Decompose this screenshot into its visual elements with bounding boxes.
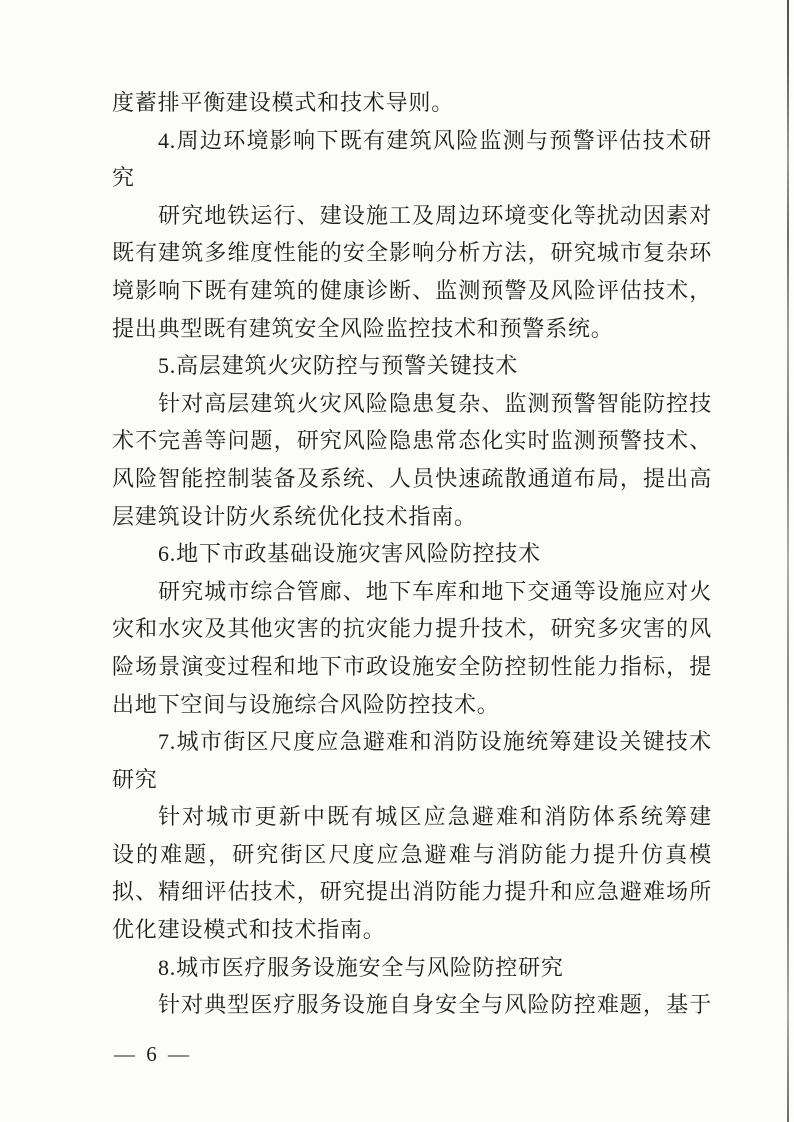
text-line: 层建筑设计防火系统优化技术指南。 xyxy=(112,498,712,536)
text-line: 8.城市医疗服务设施安全与风险防控研究 xyxy=(112,949,712,987)
text-line: 风险智能控制装备及系统、人员快速疏散通道布局，提出高 xyxy=(112,460,712,498)
text-line: 术不完善等问题，研究风险隐患常态化实时监测预警技术、 xyxy=(112,422,712,460)
text-line: 出地下空间与设施综合风险防控技术。 xyxy=(112,686,712,724)
text-line: 既有建筑多维度性能的安全影响分析方法，研究城市复杂环 xyxy=(112,234,712,272)
text-line: 针对典型医疗服务设施自身安全与风险防控难题，基于 xyxy=(112,986,712,1024)
text-line: 6.地下市政基础设施灾害风险防控技术 xyxy=(112,535,712,573)
text-line: 研究地铁运行、建设施工及周边环境变化等扰动因素对 xyxy=(112,197,712,235)
text-line: 灾和水灾及其他灾害的抗灾能力提升技术，研究多灾害的风 xyxy=(112,610,712,648)
text-line: 4.周边环境影响下既有建筑风险监测与预警评估技术研 xyxy=(112,122,712,160)
text-line: 优化建设模式和技术指南。 xyxy=(112,911,712,949)
text-line: 设的难题，研究街区尺度应急避难与消防能力提升仿真模 xyxy=(112,836,712,874)
text-line: 5.高层建筑火灾防控与预警关键技术 xyxy=(112,347,712,385)
document-page: 度蓄排平衡建设模式和技术导则。4.周边环境影响下既有建筑风险监测与预警评估技术研… xyxy=(0,0,794,1122)
text-line: 拟、精细评估技术，研究提出消防能力提升和应急避难场所 xyxy=(112,873,712,911)
scan-artifact-line xyxy=(787,0,789,1122)
text-line: 针对高层建筑火灾风险隐患复杂、监测预警智能防控技 xyxy=(112,385,712,423)
document-body: 度蓄排平衡建设模式和技术导则。4.周边环境影响下既有建筑风险监测与预警评估技术研… xyxy=(112,84,712,1024)
text-line: 度蓄排平衡建设模式和技术导则。 xyxy=(112,84,712,122)
text-line: 险场景演变过程和地下市政设施安全防控韧性能力指标，提 xyxy=(112,648,712,686)
text-line: 提出典型既有建筑安全风险监控技术和预警系统。 xyxy=(112,310,712,348)
text-line: 研究城市综合管廊、地下车库和地下交通等设施应对火 xyxy=(112,573,712,611)
page-number: — 6 — xyxy=(114,1042,192,1067)
text-line: 7.城市街区尺度应急避难和消防设施统筹建设关键技术 xyxy=(112,723,712,761)
text-line: 研究 xyxy=(112,761,712,799)
text-line: 境影响下既有建筑的健康诊断、监测预警及风险评估技术， xyxy=(112,272,712,310)
text-line: 针对城市更新中既有城区应急避难和消防体系统筹建 xyxy=(112,798,712,836)
text-line: 究 xyxy=(112,159,712,197)
